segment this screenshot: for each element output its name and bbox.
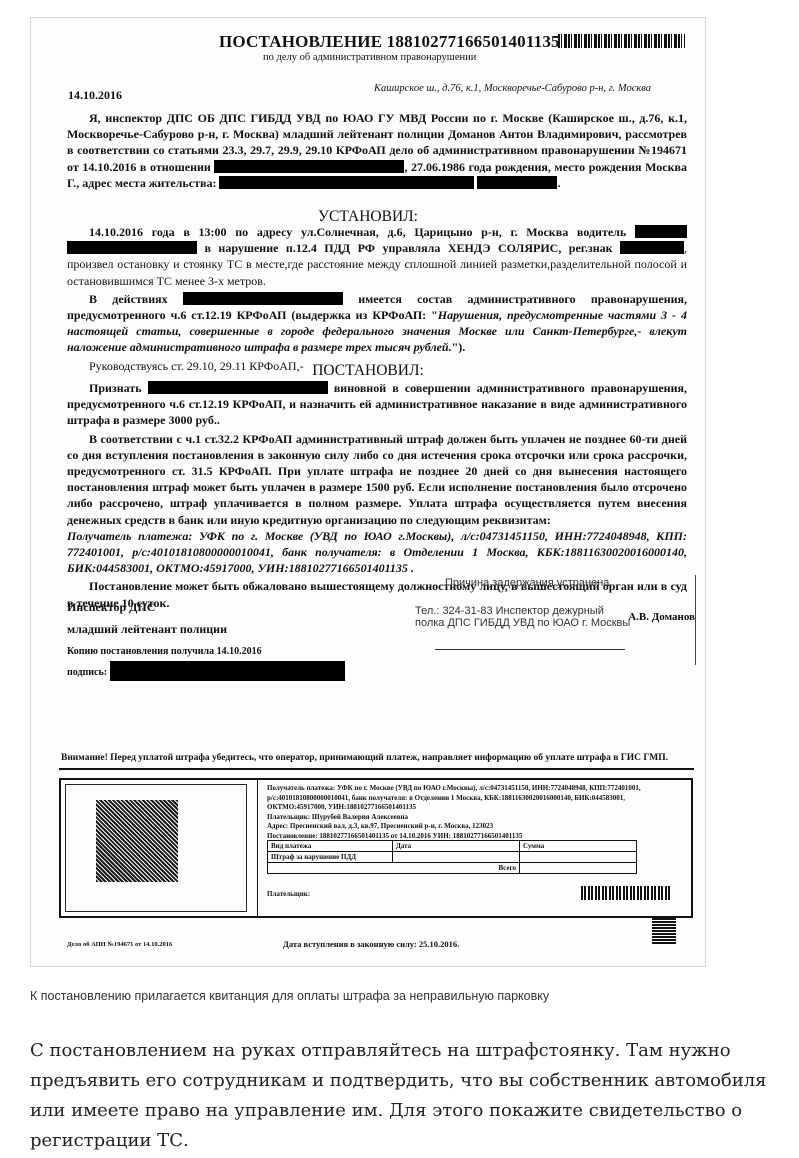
redaction [214,160,404,173]
datamatrix-icon [652,918,676,944]
divider [59,768,694,770]
warning-text: Внимание! Перед уплатой штрафа убедитесь… [61,753,668,763]
stamp: Причина задержания устранена Тел.: 324-3… [415,575,696,665]
redaction [183,292,343,305]
qr-code-icon [96,800,178,882]
intro-paragraph: Я, инспектор ДПС ОБ ДПС ГИБДД УВД по ЮАО… [67,110,687,191]
footer-case: Дело об АПН №194671 от 14.10.2016 [67,941,172,948]
redaction [148,381,328,394]
redaction [620,241,684,254]
document-title: ПОСТАНОВЛЕНИЕ 18810277166501401135 [219,32,560,52]
redaction [219,176,474,189]
document-image: ПОСТАНОВЛЕНИЕ 18810277166501401135 по де… [30,17,706,967]
redaction [477,176,557,189]
heading-decided: ПОСТАНОВИЛ: [31,362,705,380]
receipt-details: Получатель платежа: УФК по г. Москве (УВ… [267,784,641,841]
payment-table: Вид платежа Дата Сумма Штраф за нарушени… [267,840,637,874]
inspector-name: А.В. Доманов [628,611,695,623]
qr-frame [65,784,247,912]
document-subtitle: по делу об административном правонарушен… [263,52,476,63]
redaction [67,241,197,254]
footer-effective-date: Дата вступления в законную силу: 25.10.2… [283,939,459,949]
inspector-block: Инспектор ДПС младший лейтенант полиции [67,596,227,640]
established-paragraph: 14.10.2016 года в 13:00 по адресу ул.Сол… [67,224,687,374]
barcode-icon [558,34,685,48]
copy-received: Копию постановления получила 14.10.2016 … [67,643,345,682]
image-caption: К постановлению прилагается квитанция дл… [30,989,549,1003]
redaction [635,225,687,238]
document-place: Каширское ш., д.76, к.1, Москворечье-Саб… [374,83,651,94]
redaction [110,661,345,681]
barcode-icon [581,886,671,900]
article-paragraph: С постановлением на руках отправляйтесь … [30,1036,780,1156]
document-date: 14.10.2016 [68,88,122,103]
payment-receipt: Получатель платежа: УФК по г. Москве (УВ… [59,778,693,918]
